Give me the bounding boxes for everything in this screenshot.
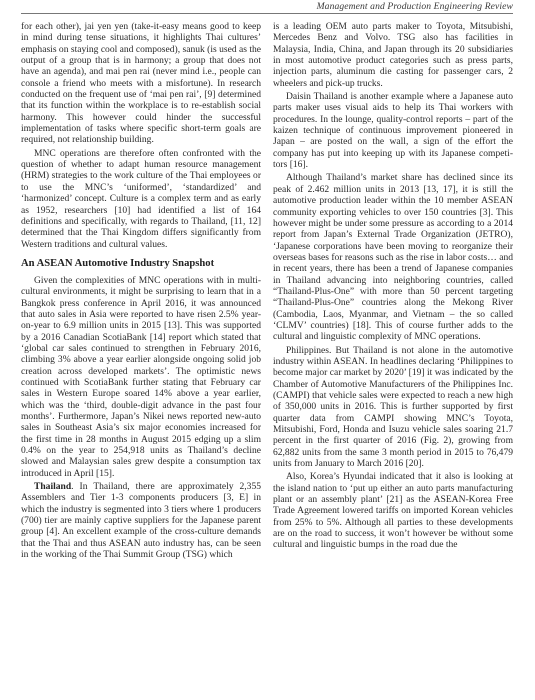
two-column-body: for each other), jai yen yen (take-it-ea… xyxy=(21,21,513,700)
paragraph: Given the complexities of MNC operations… xyxy=(21,275,261,479)
right-column: is a leading OEM auto parts maker to Toy… xyxy=(273,21,513,700)
run-in-heading: Thailand xyxy=(34,481,71,492)
left-column: for each other), jai yen yen (take-it-ea… xyxy=(21,21,261,700)
paragraph: for each other), jai yen yen (take-it-ea… xyxy=(21,21,261,146)
paper-page: Management and Production Engineering Re… xyxy=(0,0,535,700)
section-heading: An ASEAN Automotive Industry Snapshot xyxy=(21,258,261,270)
paragraph-text: . In Thailand, there are approximately 2… xyxy=(21,481,261,560)
header-rule xyxy=(21,13,513,14)
running-header: Management and Production Engineering Re… xyxy=(0,0,535,14)
paragraph: Also, Korea’s Hyundai indicated that it … xyxy=(273,471,513,550)
paragraph: MNC operations are therefore often confr… xyxy=(21,148,261,250)
paragraph: Thailand. In Thailand, there are approxi… xyxy=(21,481,261,560)
paragraph: Daisin Thailand is another example where… xyxy=(273,91,513,170)
paragraph: Although Thailand’s market share has dec… xyxy=(273,172,513,342)
journal-title: Management and Production Engineering Re… xyxy=(317,1,513,12)
paragraph: is a leading OEM auto parts maker to Toy… xyxy=(273,21,513,89)
paragraph: Philippines. But Thailand is not alone i… xyxy=(273,345,513,470)
